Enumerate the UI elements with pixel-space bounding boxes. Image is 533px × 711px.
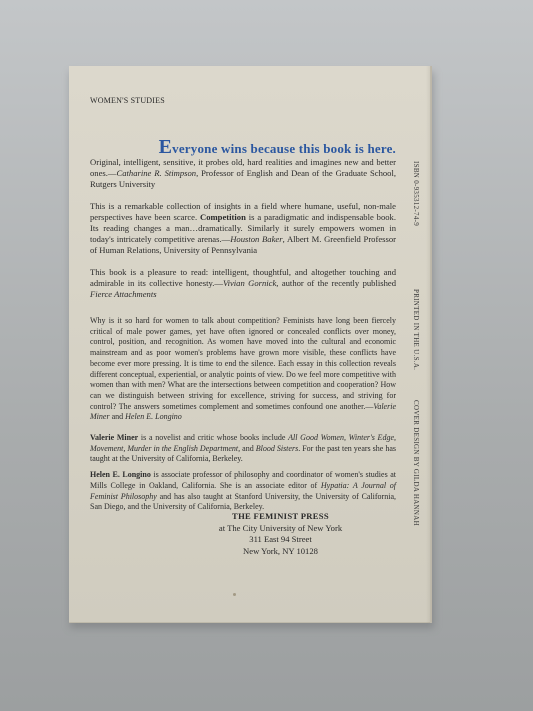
headline: Everyone wins because this book is here. xyxy=(90,140,396,156)
bio-name: Helen E. Longino xyxy=(90,470,151,479)
cover-text-block: Everyone wins because this book is here.… xyxy=(90,140,396,518)
publisher-line: at The City University of New York xyxy=(129,523,432,535)
blurb-gornick: This book is a pleasure to read: intelli… xyxy=(90,267,396,300)
category-label: WOMEN'S STUDIES xyxy=(90,96,165,105)
headline-dropcap: E xyxy=(159,136,173,158)
publisher-name: THE FEMINIST PRESS xyxy=(129,511,432,523)
publisher-block: THE FEMINIST PRESS at The City Universit… xyxy=(69,511,432,557)
book-title-mention: Competition xyxy=(200,212,246,222)
description-text: Why is it so hard for women to talk abou… xyxy=(90,316,396,411)
bio-text: and xyxy=(240,444,256,453)
headline-text: veryone wins because this book is here. xyxy=(172,141,396,156)
cover-design-credit: COVER DESIGN BY GILDA HANNAH xyxy=(412,400,420,526)
bio-text: is a novelist and critic whose books inc… xyxy=(138,433,288,442)
blurb-baker: This is a remarkable collection of insig… xyxy=(90,201,396,256)
bio-longino: Helen E. Longino is associate professor … xyxy=(90,470,396,513)
blurb-author: Houston Baker xyxy=(230,234,282,244)
printed-in-label: PRINTED IN THE U.S.A. xyxy=(412,289,420,370)
publisher-city: New York, NY 10128 xyxy=(129,546,432,558)
blurb-work: Fierce Attachments xyxy=(90,289,157,299)
blurb-affiliation: , author of the recently published xyxy=(276,278,396,288)
description-conjunction: and xyxy=(110,412,126,421)
bio-works: Blood Sisters xyxy=(256,444,298,453)
editor-name: Helen E. Longino xyxy=(125,412,182,421)
bio-miner: Valerie Miner is a novelist and critic w… xyxy=(90,433,396,465)
publisher-address: 311 East 94 Street xyxy=(129,534,432,546)
paper-speck xyxy=(233,593,236,596)
blurb-author: Catharine R. Stimpson xyxy=(117,168,197,178)
bio-name: Valerie Miner xyxy=(90,433,138,442)
book-description: Why is it so hard for women to talk abou… xyxy=(90,316,396,423)
isbn-label: ISBN 0-935312-74-9 xyxy=(412,161,420,226)
book-back-cover: WOMEN'S STUDIES Everyone wins because th… xyxy=(69,66,432,623)
blurb-stimpson: Original, intelligent, sensitive, it pro… xyxy=(90,157,396,190)
blurb-author: Vivian Gornick xyxy=(223,278,276,288)
